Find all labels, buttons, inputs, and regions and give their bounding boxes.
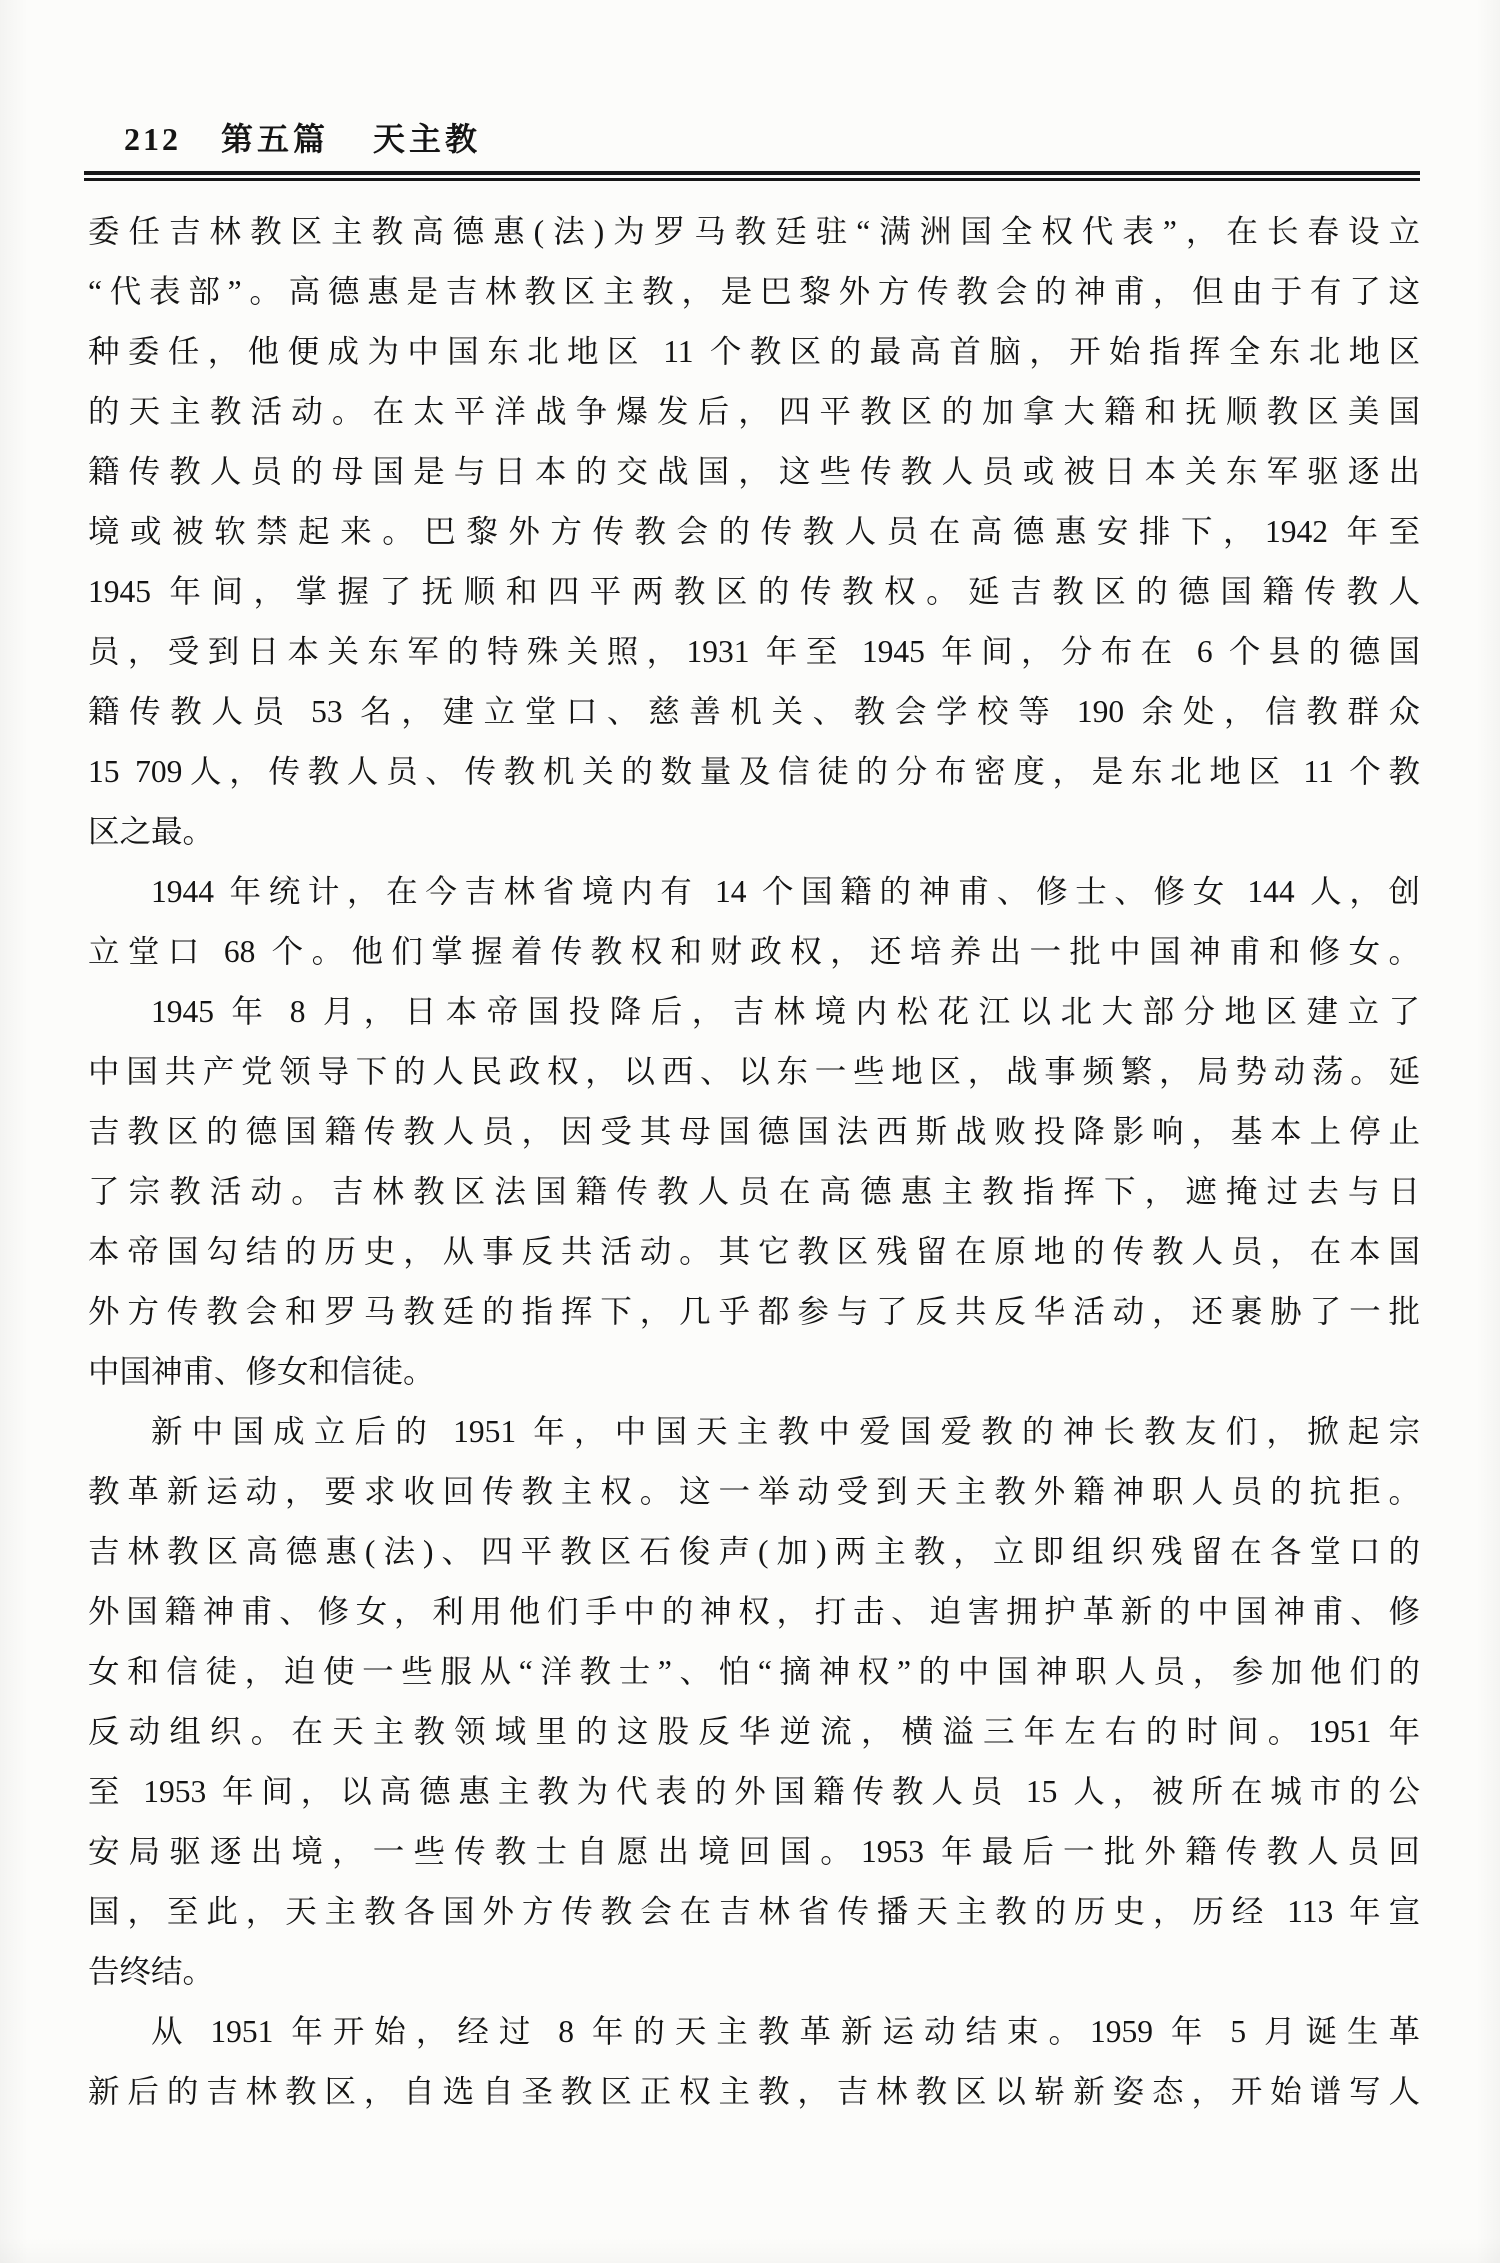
text-line: 吉林教区高德惠(法)、四平教区石俊声(加)两主教，立即组织残留在各堂口的 <box>88 1522 1420 1582</box>
text-line: 立堂口 68 个。他们掌握着传教权和财政权，还培养出一批中国神甫和修女。 <box>88 922 1420 982</box>
text-line: 区之最。 <box>88 802 1420 862</box>
text-line: “代表部”。高德惠是吉林教区主教，是巴黎外方传教会的神甫，但由于有了这 <box>88 262 1420 322</box>
text-line: 新中国成立后的 1951 年，中国天主教中爱国爱教的神长教友们，掀起宗 <box>88 1402 1420 1462</box>
text-line: 安局驱逐出境，一些传教士自愿出境回国。1953 年最后一批外籍传教人员回 <box>88 1822 1420 1882</box>
text-line: 外方传教会和罗马教廷的指挥下，几乎都参与了反共反华活动，还裹胁了一批 <box>88 1282 1420 1342</box>
section-title: 第五篇 <box>221 123 329 155</box>
text-line: 本帝国勾结的历史，从事反共活动。其它教区残留在原地的传教人员，在本国 <box>88 1222 1420 1282</box>
text-line: 境或被软禁起来。巴黎外方传教会的传教人员在高德惠安排下，1942 年至 <box>88 502 1420 562</box>
text-line: 员，受到日本关东军的特殊关照，1931 年至 1945 年间，分布在 6 个县的… <box>88 622 1420 682</box>
text-line: 的天主教活动。在太平洋战争爆发后，四平教区的加拿大籍和抚顺教区美国 <box>88 382 1420 442</box>
body-text: 委任吉林教区主教高德惠(法)为罗马教廷驻“满洲国全权代表”，在长春设立 “代表部… <box>88 202 1420 2122</box>
text-line: 1945 年间，掌握了抚顺和四平两教区的传教权。延吉教区的德国籍传教人 <box>88 562 1420 622</box>
text-line: 吉教区的德国籍传教人员，因受其母国德国法西斯战败投降影响，基本上停止 <box>88 1102 1420 1162</box>
text-line: 中国神甫、修女和信徒。 <box>88 1342 1420 1402</box>
text-line: 1945 年 8 月，日本帝国投降后，吉林境内松花江以北大部分地区建立了 <box>88 982 1420 1042</box>
text-line: 从 1951 年开始，经过 8 年的天主教革新运动结束。1959 年 5 月诞生… <box>88 2002 1420 2062</box>
text-line: 了宗教活动。吉林教区法国籍传教人员在高德惠主教指挥下，遮掩过去与日 <box>88 1162 1420 1222</box>
header-divider-rule <box>84 171 1420 181</box>
text-line: 至 1953 年间，以高德惠主教为代表的外国籍传教人员 15 人，被所在城市的公 <box>88 1762 1420 1822</box>
page-number: 212 <box>124 123 181 155</box>
chapter-title: 天主教 <box>373 123 481 155</box>
text-line: 女和信徒，迫使一些服从“洋教士”、怕“摘神权”的中国神职人员，参加他们的 <box>88 1642 1420 1702</box>
text-line: 外国籍神甫、修女，利用他们手中的神权，打击、迫害拥护革新的中国神甫、修 <box>88 1582 1420 1642</box>
text-line: 反动组织。在天主教领域里的这股反华逆流，横溢三年左右的时间。1951 年 <box>88 1702 1420 1762</box>
text-line: 国，至此，天主教各国外方传教会在吉林省传播天主教的历史，历经 113 年宣 <box>88 1882 1420 1942</box>
text-line: 新后的吉林教区，自选自圣教区正权主教，吉林教区以崭新姿态，开始谱写人 <box>88 2062 1420 2122</box>
text-line: 15 709人，传教人员、传教机关的数量及信徒的分布密度，是东北地区 11 个教 <box>88 742 1420 802</box>
text-line: 1944 年统计，在今吉林省境内有 14 个国籍的神甫、修士、修女 144 人，… <box>88 862 1420 922</box>
text-line: 教革新运动，要求收回传教主权。这一举动受到天主教外籍神职人员的抗拒。 <box>88 1462 1420 1522</box>
text-line: 籍传教人员的母国是与日本的交战国，这些传教人员或被日本关东军驱逐出 <box>88 442 1420 502</box>
scanned-book-page: 212 第五篇 天主教 委任吉林教区主教高德惠(法)为罗马教廷驻“满洲国全权代表… <box>0 0 1500 2263</box>
text-line: 种委任，他便成为中国东北地区 11 个教区的最高首脑，开始指挥全东北地区 <box>88 322 1420 382</box>
text-line: 委任吉林教区主教高德惠(法)为罗马教廷驻“满洲国全权代表”，在长春设立 <box>88 202 1420 262</box>
text-line: 告终结。 <box>88 1942 1420 2002</box>
running-header: 212 第五篇 天主教 <box>124 123 481 155</box>
text-line: 中国共产党领导下的人民政权，以西、以东一些地区，战事频繁，局势动荡。延 <box>88 1042 1420 1102</box>
text-line: 籍传教人员 53 名，建立堂口、慈善机关、教会学校等 190 余处，信教群众 <box>88 682 1420 742</box>
